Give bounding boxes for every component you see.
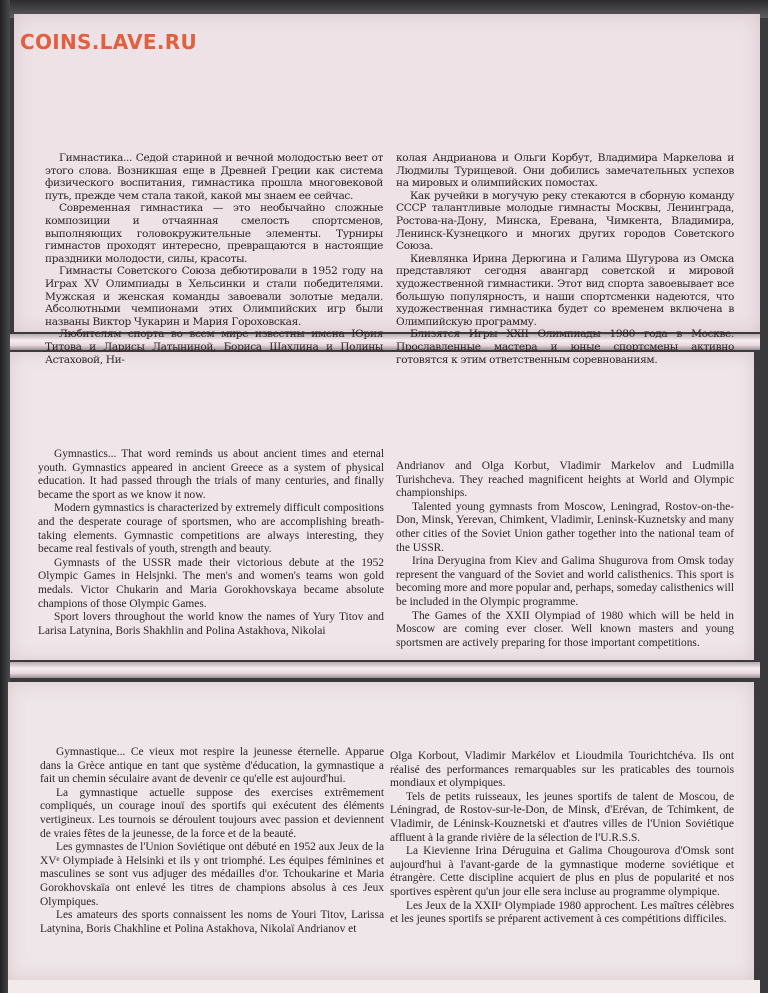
paragraph: Близятся Игры XXII Олимпиады 1980 года в… <box>396 328 734 366</box>
paragraph: Любителям спорта во всем мире известны и… <box>45 328 383 366</box>
booklet-bottom-edge <box>8 980 760 993</box>
paragraph: Gymnastique... Ce vieux mot respire la j… <box>40 746 384 787</box>
fold-crease <box>10 662 760 678</box>
french-text-left-column: Gymnastique... Ce vieux mot respire la j… <box>40 746 384 936</box>
paragraph: Les gymnastes de l'Union Soviétique ont … <box>40 841 384 909</box>
paragraph: La Kievienne Irina Déruguina et Galima C… <box>390 845 734 899</box>
paragraph: Киевлянка Ирина Дерюгина и Галима Шугуро… <box>396 253 734 329</box>
paragraph: Gymnasts of the USSR made their victorio… <box>38 557 384 611</box>
paragraph: Olga Korbout, Vladimir Markélov et Lioud… <box>390 750 734 791</box>
paragraph: Tels de petits ruisseaux, les jeunes spo… <box>390 791 734 845</box>
paragraph: The Games of the XXII Olympiad of 1980 w… <box>396 610 734 651</box>
paragraph: Современная гимнастика — это необычайно … <box>45 202 383 265</box>
paragraph: La gymnastique actuelle suppose des exer… <box>40 787 384 841</box>
paragraph: Modern gymnastics is characterized by ex… <box>38 502 384 556</box>
english-text-right-column: Andrianov and Olga Korbut, Vladimir Mark… <box>396 460 734 650</box>
paragraph: Andrianov and Olga Korbut, Vladimir Mark… <box>396 460 734 501</box>
russian-text-right-column: колая Андрианова и Ольги Корбут, Владими… <box>396 152 734 366</box>
paragraph: Как ручейки в могучую реку стекаются в с… <box>396 190 734 253</box>
paragraph: Les amateurs des sports connaissent les … <box>40 909 384 936</box>
english-text-left-column: Gymnastics... That word reminds us about… <box>38 448 384 638</box>
paragraph: Les Jeux de la XXIIᵉ Olympiade 1980 appr… <box>390 900 734 927</box>
paragraph: Irina Deryugina from Kiev and Galima Shu… <box>396 555 734 609</box>
russian-text-left-column: Гимнастика... Седой стариной и вечной мо… <box>45 152 383 366</box>
paragraph: Гимнастика... Седой стариной и вечной мо… <box>45 152 383 202</box>
french-text-right-column: Olga Korbout, Vladimir Markélov et Lioud… <box>390 750 734 927</box>
paragraph: Гимнасты Советского Союза дебютировали в… <box>45 265 383 328</box>
paragraph: Talented young gymnasts from Moscow, Len… <box>396 501 734 555</box>
paragraph: Sport lovers throughout the world know t… <box>38 611 384 638</box>
paragraph: колая Андрианова и Ольги Корбут, Владими… <box>396 152 734 190</box>
watermark: COINS.LAVE.RU <box>20 30 197 54</box>
paragraph: Gymnastics... That word reminds us about… <box>38 448 384 502</box>
